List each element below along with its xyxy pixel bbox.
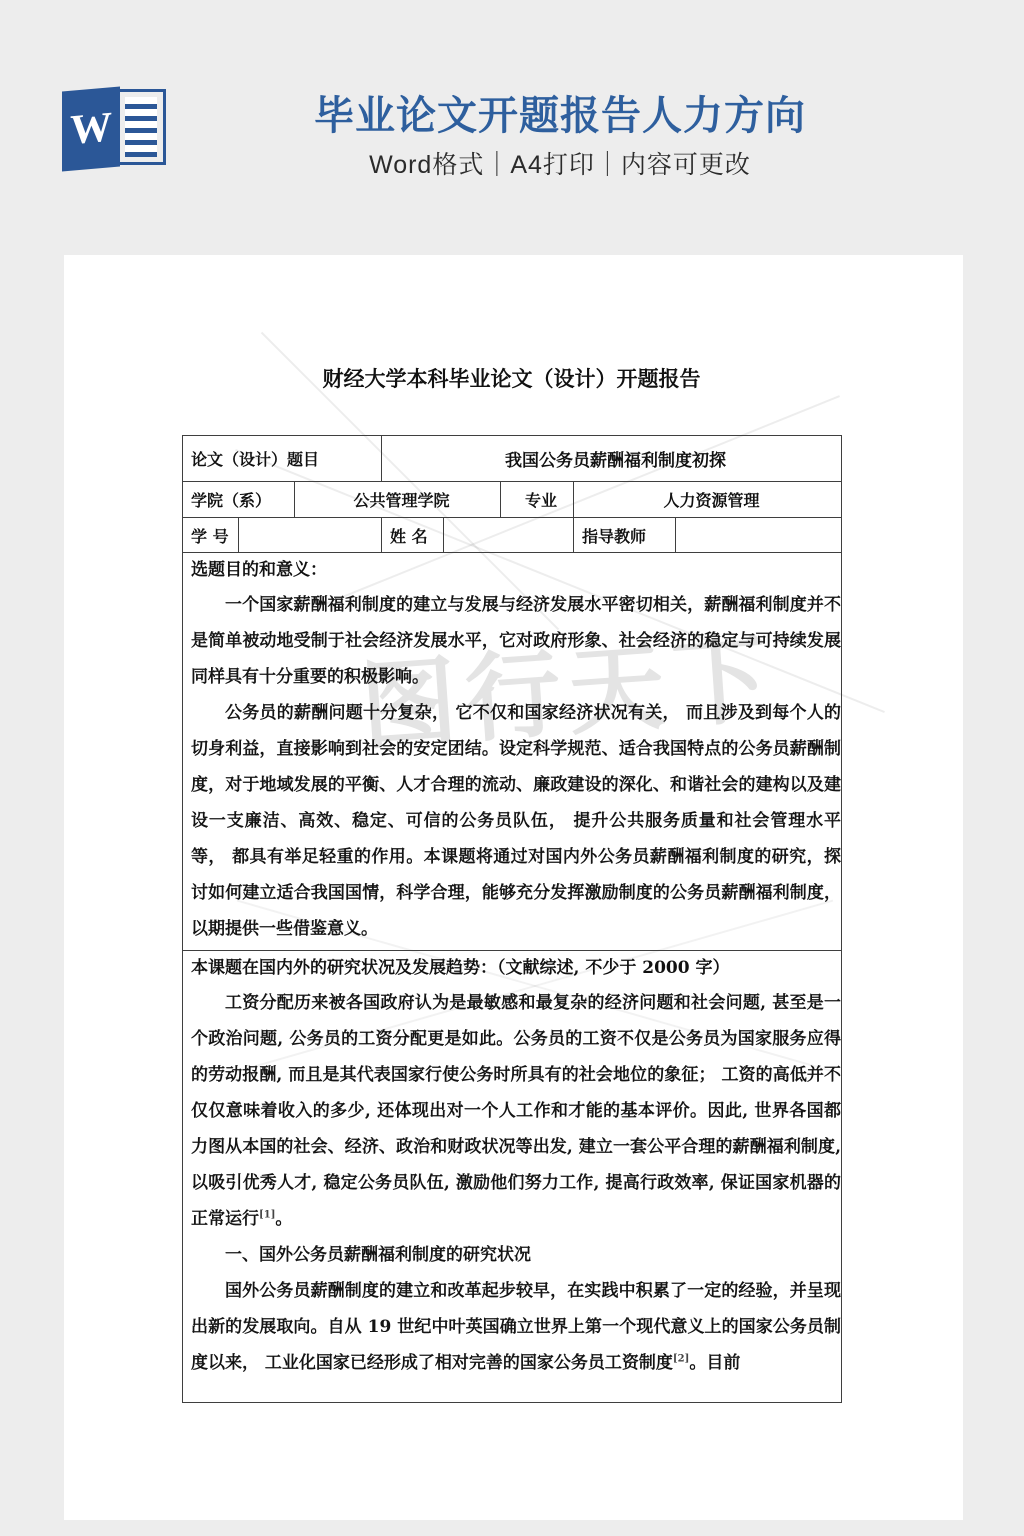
subsection-heading: 一、国外公务员薪酬福利制度的研究状况: [191, 1237, 841, 1273]
thesis-title-label: 论文（设计）题目: [183, 436, 382, 482]
citation-ref-1: [1]: [259, 1209, 275, 1220]
page-title: 毕业论文开题报告人力方向: [96, 92, 1024, 140]
name-label: 姓 名: [382, 518, 444, 553]
table-row: 本课题在国内外的研究状况及发展趋势：（文献综述, 不少于 2000 字） 工资分…: [183, 951, 842, 1403]
paragraph-text: 。: [275, 1209, 292, 1229]
header-text: 毕业论文开题报告人力方向 Word格式｜A4打印｜内容可更改: [96, 0, 1024, 180]
citation-ref-2: [2]: [673, 1353, 689, 1364]
table-row: 学 号 姓 名 指导教师: [183, 518, 842, 553]
paragraph-text: 。目前: [689, 1353, 740, 1373]
document-title: 财经大学本科毕业论文（设计）开题报告: [182, 363, 841, 393]
college-label: 学院（系）: [183, 482, 295, 518]
document-page: 图行天下 财经大学本科毕业论文（设计）开题报告 论文（设计）题目 我国公务员薪酬…: [64, 255, 963, 1520]
paragraph: 一个国家薪酬福利制度的建立与发展与经济发展水平密切相关，薪酬福利制度并不是简单被…: [191, 587, 841, 695]
advisor-label: 指导教师: [574, 518, 676, 553]
college-value: 公共管理学院: [295, 482, 501, 518]
table-row: 论文（设计）题目 我国公务员薪酬福利制度初探: [183, 436, 842, 482]
major-value: 人力资源管理: [574, 482, 842, 518]
major-label: 专业: [501, 482, 574, 518]
section-purpose: 选题目的和意义： 一个国家薪酬福利制度的建立与发展与经济发展水平密切相关，薪酬福…: [183, 553, 842, 951]
thesis-info-table: 论文（设计）题目 我国公务员薪酬福利制度初探 学院（系） 公共管理学院 专业 人…: [182, 435, 842, 1403]
section-literature: 本课题在国内外的研究状况及发展趋势：（文献综述, 不少于 2000 字） 工资分…: [183, 951, 842, 1403]
table-row: 学院（系） 公共管理学院 专业 人力资源管理: [183, 482, 842, 518]
thesis-title-value: 我国公务员薪酬福利制度初探: [382, 436, 842, 482]
section-purpose-heading: 选题目的和意义：: [191, 553, 841, 587]
page-subtitle: Word格式｜A4打印｜内容可更改: [96, 150, 1024, 180]
advisor-field[interactable]: [676, 518, 842, 553]
student-id-field[interactable]: [239, 518, 382, 553]
paragraph: 公务员的薪酬问题十分复杂， 它不仅和国家经济状况有关， 而且涉及到每个人的切身利…: [191, 695, 841, 947]
template-preview-canvas: W 毕业论文开题报告人力方向 Word格式｜A4打印｜内容可更改 图行天下 财经…: [0, 0, 1024, 1536]
paragraph-text: 国外公务员薪酬制度的建立和改革起步较早，在实践中积累了一定的经验，并呈现出新的发…: [191, 1281, 841, 1373]
section-literature-heading: 本课题在国内外的研究状况及发展趋势：（文献综述, 不少于 2000 字）: [191, 951, 841, 985]
student-id-label: 学 号: [183, 518, 239, 553]
table-row: 选题目的和意义： 一个国家薪酬福利制度的建立与发展与经济发展水平密切相关，薪酬福…: [183, 553, 842, 951]
site-header: W 毕业论文开题报告人力方向 Word格式｜A4打印｜内容可更改: [0, 0, 1024, 255]
paragraph: 工资分配历来被各国政府认为是最敏感和最复杂的经济问题和社会问题, 甚至是一个政治…: [191, 985, 841, 1237]
name-field[interactable]: [444, 518, 574, 553]
paragraph: 国外公务员薪酬制度的建立和改革起步较早，在实践中积累了一定的经验，并呈现出新的发…: [191, 1273, 841, 1381]
paragraph-text: 工资分配历来被各国政府认为是最敏感和最复杂的经济问题和社会问题, 甚至是一个政治…: [191, 993, 841, 1229]
